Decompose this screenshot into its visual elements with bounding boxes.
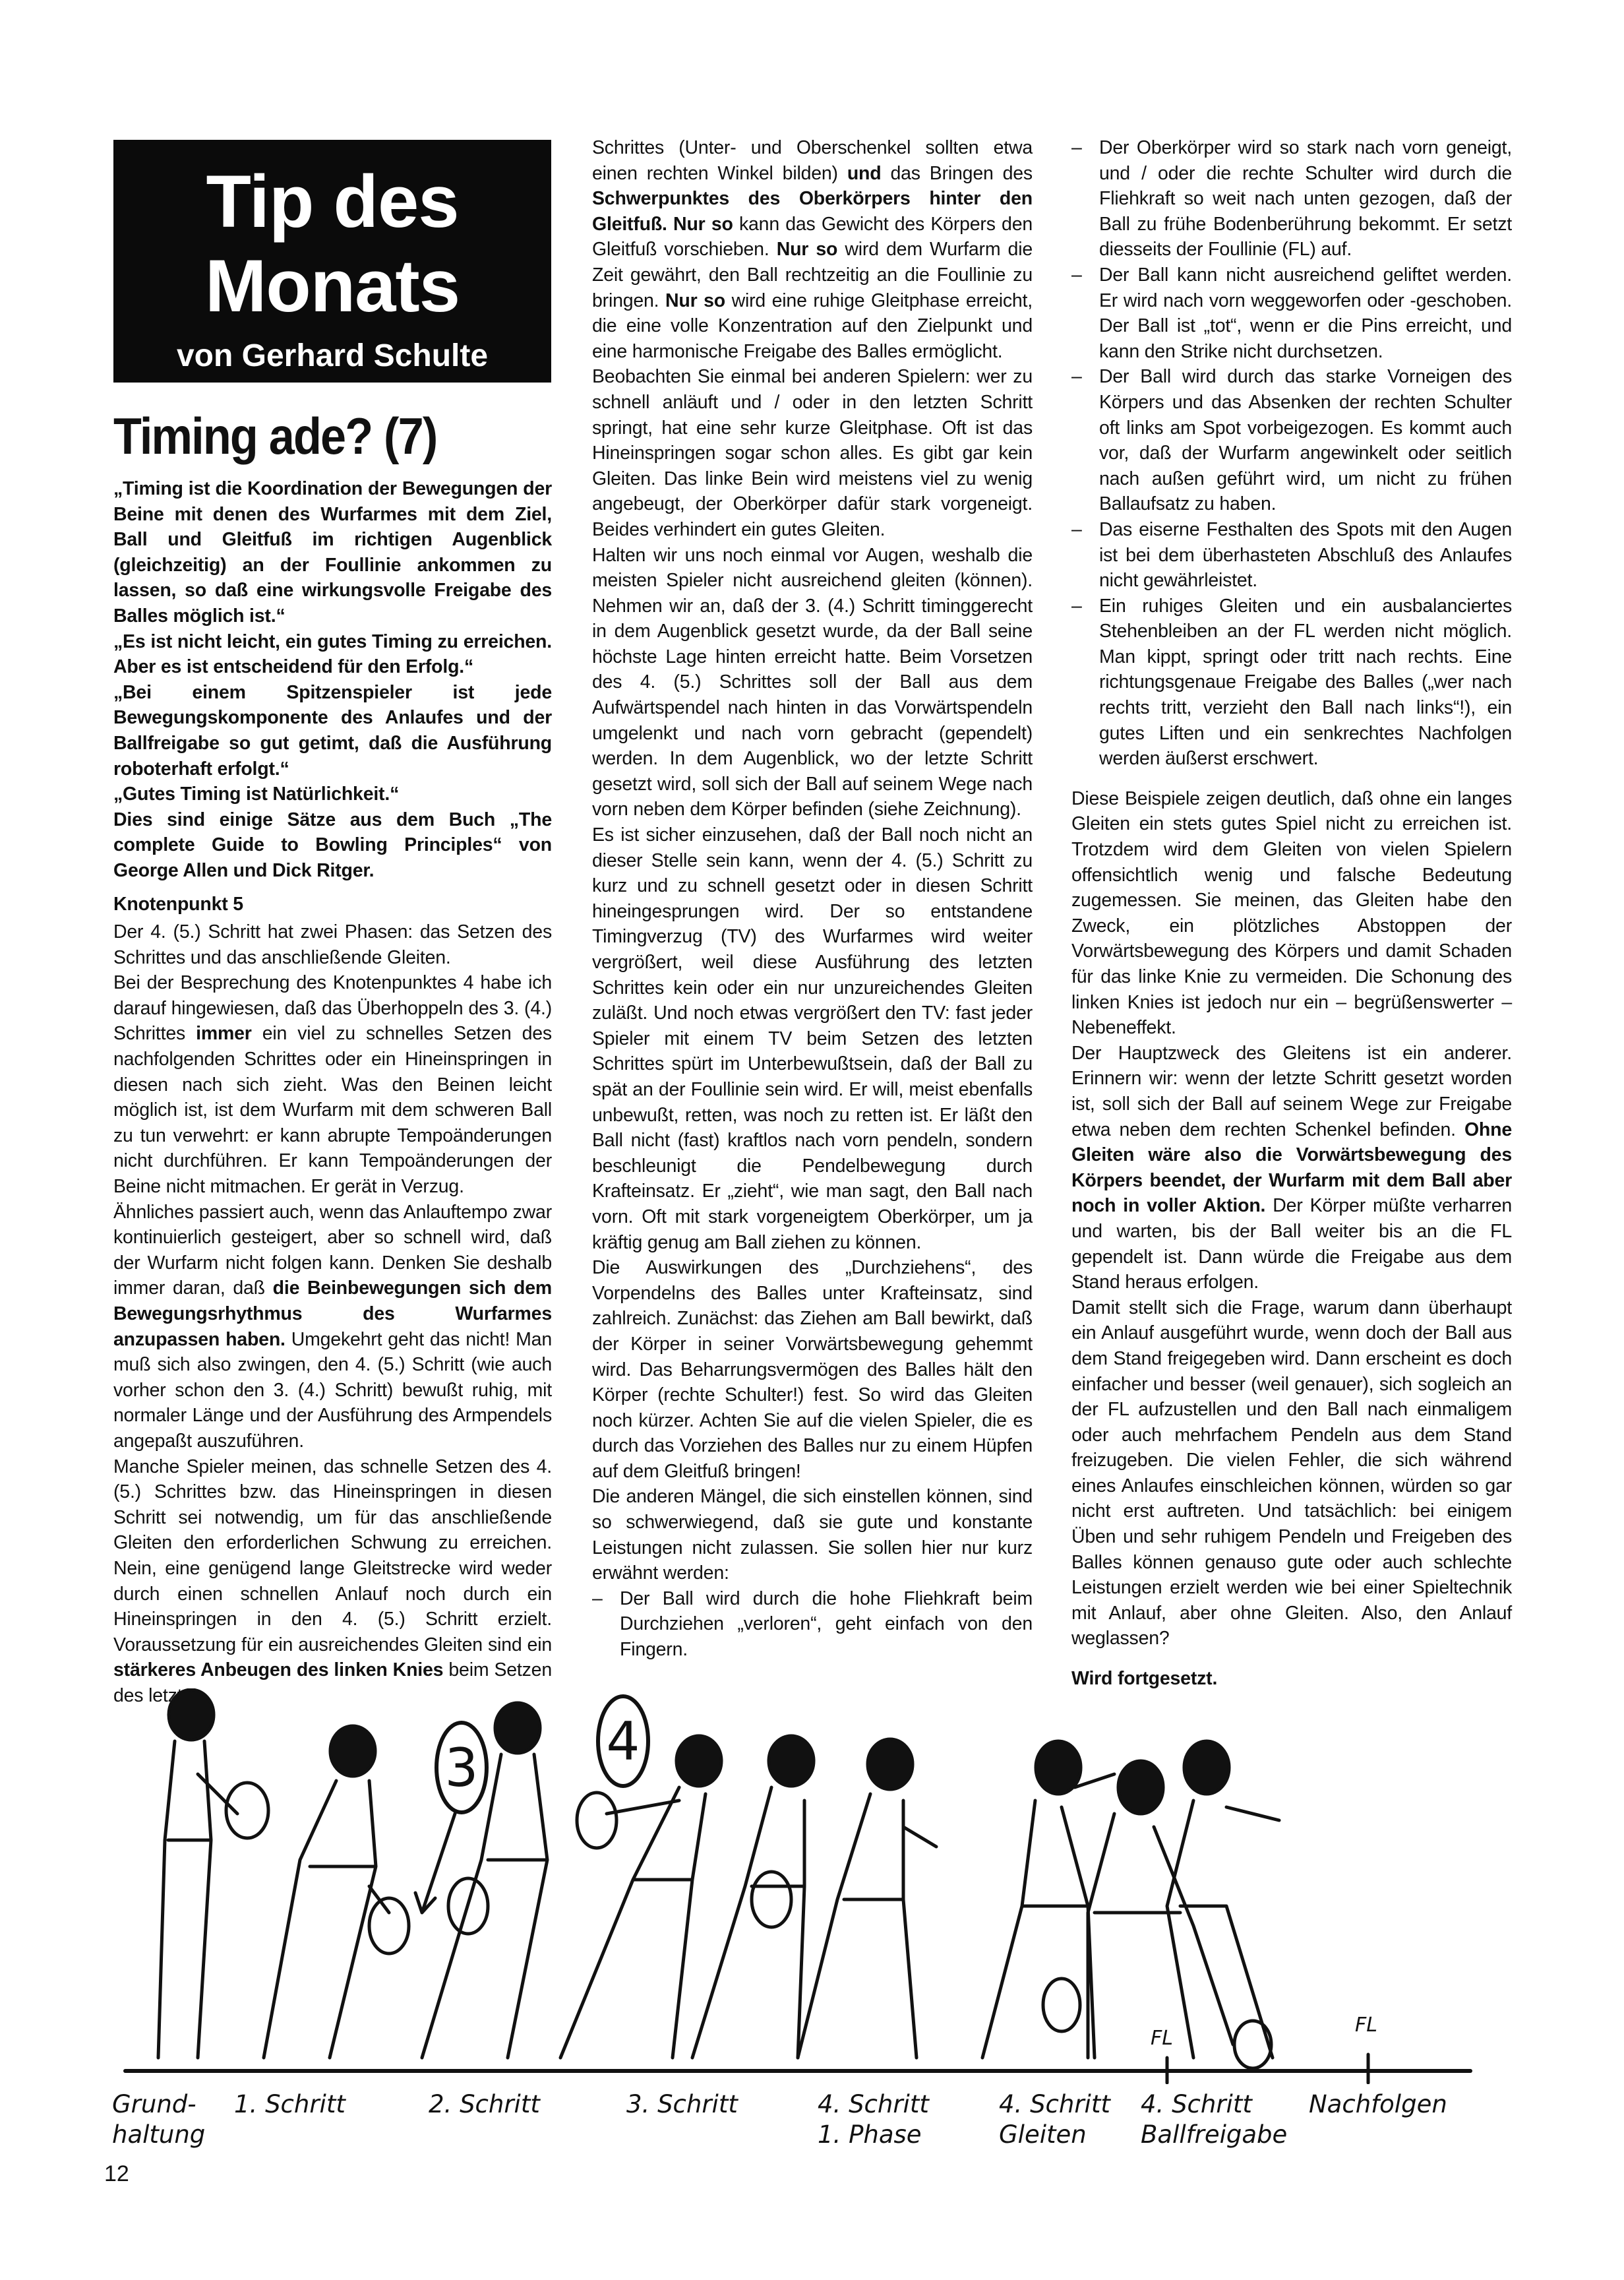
figure-step-4-release <box>1088 1761 1271 2068</box>
list-item: Das eiserne Festhalten des Spots mit den… <box>1071 517 1512 594</box>
subheading: Knotenpunkt 5 <box>113 892 552 917</box>
list-item: Der Ball kann nicht ausreichend geliftet… <box>1071 262 1512 364</box>
paragraph: Der 4. (5.) Schritt hat zwei Phasen: das… <box>113 919 552 970</box>
header-title-line1: Tip des <box>113 165 551 239</box>
paragraph: Die Auswirkungen des „Durchziehens“, des… <box>592 1255 1033 1484</box>
caption-step-2: 2. Schritt <box>429 2089 540 2120</box>
page-number: 12 <box>104 2161 129 2187</box>
figure-step-3 <box>560 1736 721 2058</box>
column-header-box: Tip des Monats von Gerhard Schulte <box>113 140 551 383</box>
caption-stance: Grund-haltung <box>112 2089 205 2150</box>
paragraph: Beobachten Sie einmal bei anderen Spiele… <box>592 364 1033 542</box>
header-title-line2: Monats <box>113 249 551 323</box>
caption-step-4-phase-1: 4. Schritt1. Phase <box>818 2089 929 2150</box>
list-item: Der Ball wird durch die hohe Fliehkraft … <box>592 1586 1033 1663</box>
article-title: Timing ade? (7) <box>113 406 436 466</box>
paragraph: Damit stellt sich die Frage, warum dann … <box>1071 1295 1512 1651</box>
paragraph: Die anderen Mängel, die sich einstellen … <box>592 1484 1033 1586</box>
quote-1: „Timing ist die Koordination der Bewegun… <box>113 476 552 629</box>
figure-step-4-glide <box>982 1741 1114 2058</box>
list-item: Ein ruhiges Gleiten und ein ausbalancier… <box>1071 594 1512 772</box>
header-author: von Gerhard Schulte <box>113 339 551 373</box>
svg-text:FL: FL <box>1151 2027 1173 2050</box>
defects-list-continued: Der Oberkörper wird so stark nach vorn g… <box>1071 135 1512 772</box>
caption-step-1: 1. Schritt <box>234 2089 346 2120</box>
figure-step-4-slide <box>798 1739 936 2058</box>
paragraph: Diese Beispiele zeigen deutlich, daß ohn… <box>1071 786 1512 1041</box>
paragraph: Es ist sicher einzusehen, daß der Ball n… <box>592 822 1033 1255</box>
svg-text:4: 4 <box>607 1711 640 1772</box>
caption-step-4-glide: 4. SchrittGleiten <box>999 2089 1110 2150</box>
paragraph: Schrittes (Unter- und Oberschenkel sollt… <box>592 135 1033 364</box>
quote-2: „Es ist nicht leicht, ein gutes Timing z… <box>113 629 552 680</box>
paragraph: Manche Spieler meinen, das schnelle Setz… <box>113 1454 552 1709</box>
paragraph: Bei der Besprechung des Knotenpunktes 4 … <box>113 970 552 1199</box>
marker-3: 3 <box>415 1723 487 1913</box>
bowling-approach-illustration: 3 4 <box>112 1688 1517 2084</box>
caption-follow-through: Nachfolgen <box>1309 2089 1447 2120</box>
svg-text:3: 3 <box>445 1737 479 1799</box>
marker-4: 4 <box>598 1696 648 1786</box>
paragraph: Der Hauptzweck des Gleitens ist ein ande… <box>1071 1041 1512 1295</box>
caption-step-3: 3. Schritt <box>626 2089 738 2120</box>
column-middle: Schrittes (Unter- und Oberschenkel sollt… <box>592 135 1033 1663</box>
defects-list: Der Ball wird durch die hohe Fliehkraft … <box>592 1586 1033 1663</box>
book-reference: Dies sind einige Sätze aus dem Buch „The… <box>113 807 552 884</box>
paragraph: Halten wir uns noch einmal vor Augen, we… <box>592 543 1033 823</box>
list-item: Der Ball wird durch das starke Vorneigen… <box>1071 364 1512 517</box>
figure-stance <box>158 1690 268 2058</box>
caption-step-4-release: 4. SchrittBallfreigabe <box>1141 2089 1287 2150</box>
to-be-continued: Wird fortgesetzt. <box>1071 1666 1512 1692</box>
quote-3: „Bei einem Spitzenspieler ist jede Beweg… <box>113 680 552 782</box>
column-left: „Timing ist die Koordination der Bewegun… <box>113 476 552 1709</box>
svg-text:FL: FL <box>1355 2014 1377 2037</box>
quote-4: „Gutes Timing ist Natürlichkeit.“ <box>113 782 552 807</box>
paragraph: Ähnliches passiert auch, wenn das Anlauf… <box>113 1200 552 1454</box>
list-item: Der Oberkörper wird so stark nach vorn g… <box>1071 135 1512 262</box>
figure-step-1 <box>264 1726 409 2058</box>
column-right: Der Oberkörper wird so stark nach vorn g… <box>1071 135 1512 1692</box>
